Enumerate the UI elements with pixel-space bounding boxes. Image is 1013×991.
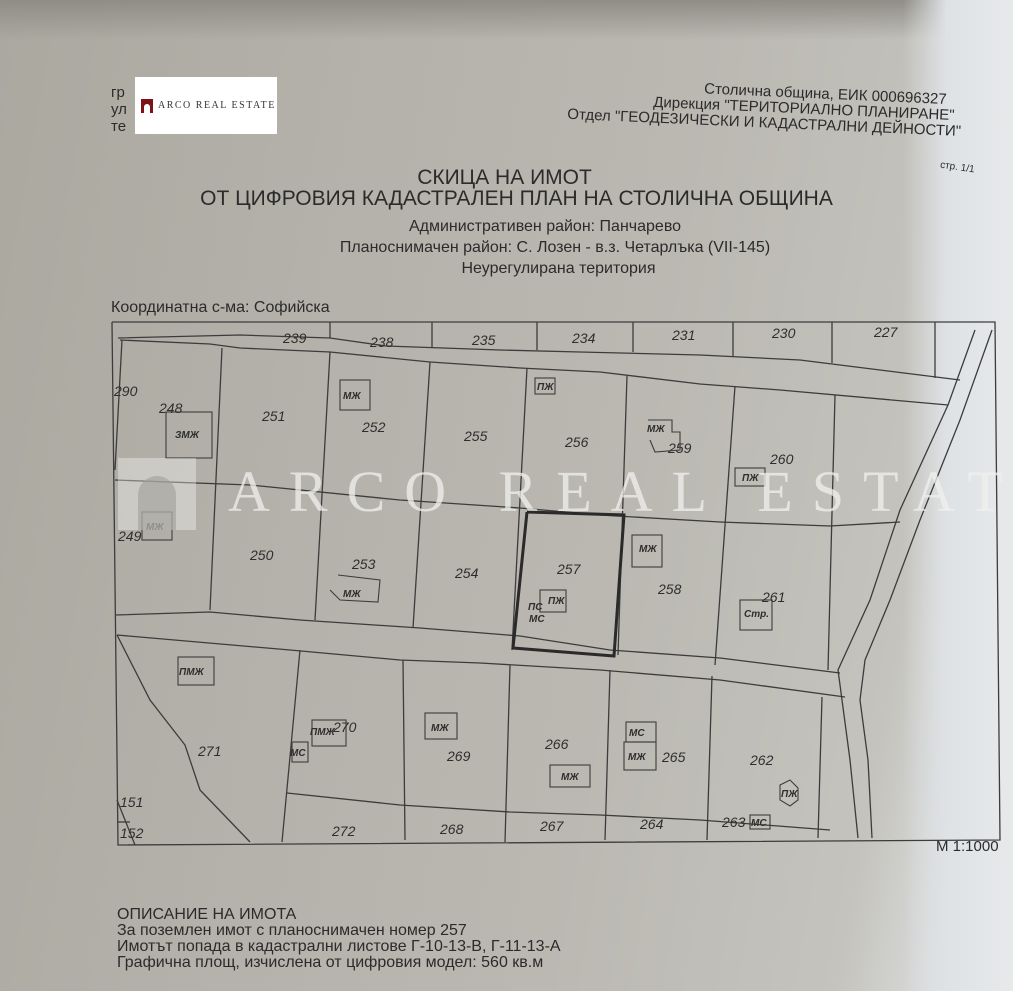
svg-text:ЗМЖ: ЗМЖ [175,430,200,441]
svg-text:261: 261 [761,589,785,605]
svg-text:290: 290 [113,383,138,399]
svg-text:МС: МС [529,614,545,625]
svg-text:Стр.: Стр. [744,609,769,620]
svg-text:ПЖ: ПЖ [548,596,565,607]
svg-text:249: 249 [117,528,142,544]
svg-text:238: 238 [369,334,394,350]
watermark-logo-icon [118,458,196,530]
svg-text:ПЖ: ПЖ [537,382,554,393]
svg-text:МС: МС [290,748,306,759]
svg-text:271: 271 [197,743,221,759]
description-area: Графична площ, изчислена от цифровия мод… [117,954,543,972]
svg-text:234: 234 [571,330,596,346]
svg-text:254: 254 [454,565,479,581]
svg-text:МС: МС [629,728,645,739]
svg-text:263: 263 [721,814,746,830]
building-labels: ЗМЖМЖПЖ МЖПЖМЖ МЖМЖСтр. ПЖПСМС ПМЖПМЖМС … [146,382,798,829]
svg-text:251: 251 [261,408,285,424]
svg-text:МС: МС [751,818,767,829]
svg-text:258: 258 [657,581,682,597]
svg-text:МЖ: МЖ [343,589,361,600]
svg-text:264: 264 [639,816,664,832]
svg-text:250: 250 [249,547,274,563]
svg-text:152: 152 [120,825,144,841]
svg-text:МЖ: МЖ [639,544,657,555]
svg-text:262: 262 [749,752,774,768]
svg-text:266: 266 [544,736,569,752]
svg-text:МЖ: МЖ [561,772,579,783]
svg-text:ПМЖ: ПМЖ [310,727,336,738]
svg-text:248: 248 [158,400,183,416]
svg-text:267: 267 [539,818,565,834]
svg-text:235: 235 [471,332,496,348]
svg-text:ПЖ: ПЖ [781,789,798,800]
svg-text:256: 256 [564,434,589,450]
svg-text:231: 231 [671,327,695,343]
svg-text:255: 255 [463,428,488,444]
svg-text:МЖ: МЖ [647,424,665,435]
svg-text:151: 151 [120,794,143,810]
svg-text:259: 259 [667,440,692,456]
svg-text:ПС: ПС [528,602,543,613]
svg-text:239: 239 [282,330,307,346]
svg-text:МЖ: МЖ [343,391,361,402]
svg-text:253: 253 [351,556,376,572]
svg-text:270: 270 [332,719,357,735]
svg-text:МЖ: МЖ [431,723,449,734]
svg-text:227: 227 [873,324,899,340]
svg-text:268: 268 [439,821,464,837]
svg-text:230: 230 [771,325,796,341]
svg-text:269: 269 [446,748,471,764]
parcel-labels: 239238235 234231230227 290248251 2522552… [113,324,899,841]
svg-text:272: 272 [331,823,356,839]
map-scale: М 1:1000 [936,838,999,855]
svg-text:МЖ: МЖ [628,752,646,763]
svg-text:ПМЖ: ПМЖ [179,667,205,678]
watermark-text: ARCO REAL ESTATE [228,458,1013,525]
svg-text:252: 252 [361,419,386,435]
svg-text:265: 265 [661,749,686,765]
svg-text:257: 257 [556,561,582,577]
